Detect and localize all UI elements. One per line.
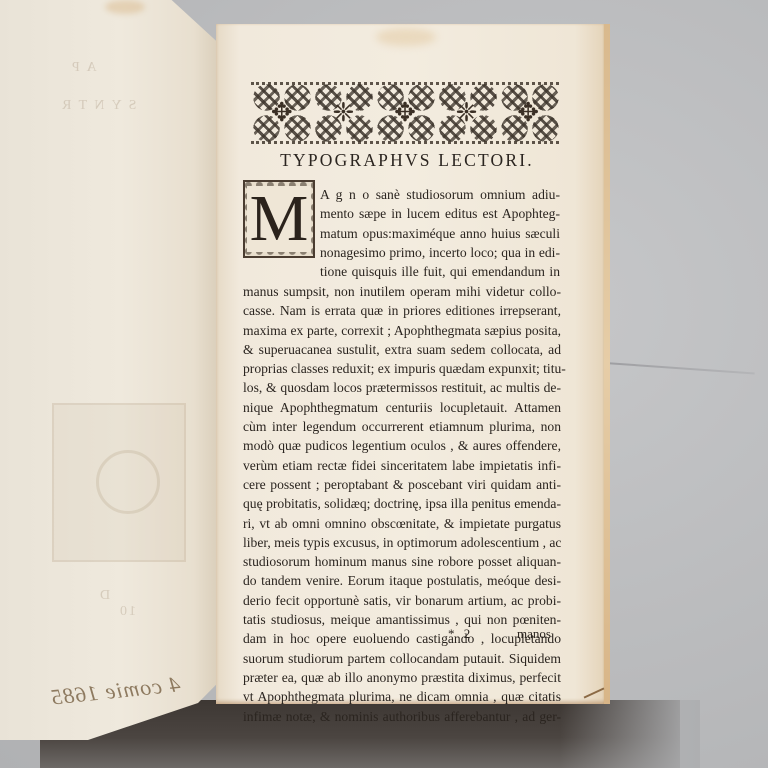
text-line: vt Apophthegmata plurima, ne dicam omnia… [243,687,561,706]
text-line: mento sæpe in lucem editus est Apophteg- [320,204,560,223]
handwritten-note: 4 comie 1685 [49,671,182,711]
printer-device-ring [96,450,160,514]
showthrough-text: 10 [118,604,136,620]
book-shadow-fade [560,700,700,768]
text-line: do tandem venire. Eorum itaque postulati… [243,571,561,590]
text-line: quę probitatis, solidæq; doctrinę, ipsa … [243,494,561,513]
text-line: proprias classes reduxit; ex impuris quæ… [243,359,561,378]
text-line: nique Apophthegmatum centuriis locupleta… [243,398,561,417]
rosette-icon: ❈ [332,100,354,126]
text-line: ri, vt ab omni omnino obscœnitate, & imp… [243,514,561,533]
text-line: modò quæ pudicos legentium oculos , & au… [243,436,561,455]
text-line: & superuacanea sustulit, extra suam sede… [243,340,561,359]
text-line: maxima ex parte, correxit ; Apophthegmat… [243,321,561,340]
text-line: studiosorum hominum manus sine robore po… [243,552,561,571]
text-line: præter ea, quæ ab illo anonymo præstita … [243,668,561,687]
text-line: dam in hoc opere euoluendo castigando , … [243,629,561,648]
rosette-icon: ✥ [517,100,539,126]
text-line: infimæ notæ, & nominis authoribus affere… [243,707,561,726]
signature-mark: * 2 [448,626,473,642]
rosette-icon: ✥ [394,100,416,126]
showthrough-text: A P [70,60,97,76]
text-line: verùm etiam rectæ fidei sinceritatem lab… [243,456,561,475]
body-paragraph: manus sumpsit, non inutilem operam mihi … [243,282,561,726]
text-line: cere possent ; peroptabant & poscebant v… [243,475,561,494]
text-line: derio fecit opportunè satis, vir bonarum… [243,591,561,610]
indented-paragraph: A g n o sanè studiosorum omnium adiu- me… [320,185,560,281]
text-line: nonagesimo primo, incerto loco; qua in e… [320,243,560,262]
text-line: tione quisquis ille fuit, qui emendandum… [320,262,560,281]
rosette-icon: ❈ [456,100,478,126]
left-page-verso: A P S Y N T R D 10 4 comie 1685 [0,0,220,740]
top-stain [376,28,436,46]
showthrough-text: S Y N T R [60,98,136,114]
text-line: liber, meis typis excusus, in optimorum … [243,533,561,552]
text-line: los, & quosdam locos prætermissos restit… [243,378,561,397]
text-line: manus sumpsit, non inutilem operam mihi … [243,282,561,301]
text-line: cùm inter legendum occurrerent etiamnum … [243,417,561,436]
headpiece-rosettes: ✥ ❈ ✥ ❈ ✥ [251,82,559,144]
page-title: TYPOGRAPHVS LECTORI. [252,150,562,171]
text-line: tatis studiosus, meique amantissimus , q… [243,610,561,629]
decorated-initial: M [243,180,315,258]
text-line: A g n o sanè studiosorum omnium adiu- [320,185,560,204]
showthrough-text: D [98,588,110,604]
text-line: casse. Nam is errata quæ in priores edit… [243,301,561,320]
catchword: manos [517,626,551,642]
page-edge-foxing [604,24,610,704]
rosette-icon: ✥ [271,100,293,126]
text-line: matum opus:maximéque anno huius sæculi [320,224,560,243]
text-line: suorum studiorum partem collocandam puta… [243,649,561,668]
drop-cap-letter: M [247,186,312,252]
showthrough-printer-device [52,403,186,562]
left-page-stain [105,0,145,14]
